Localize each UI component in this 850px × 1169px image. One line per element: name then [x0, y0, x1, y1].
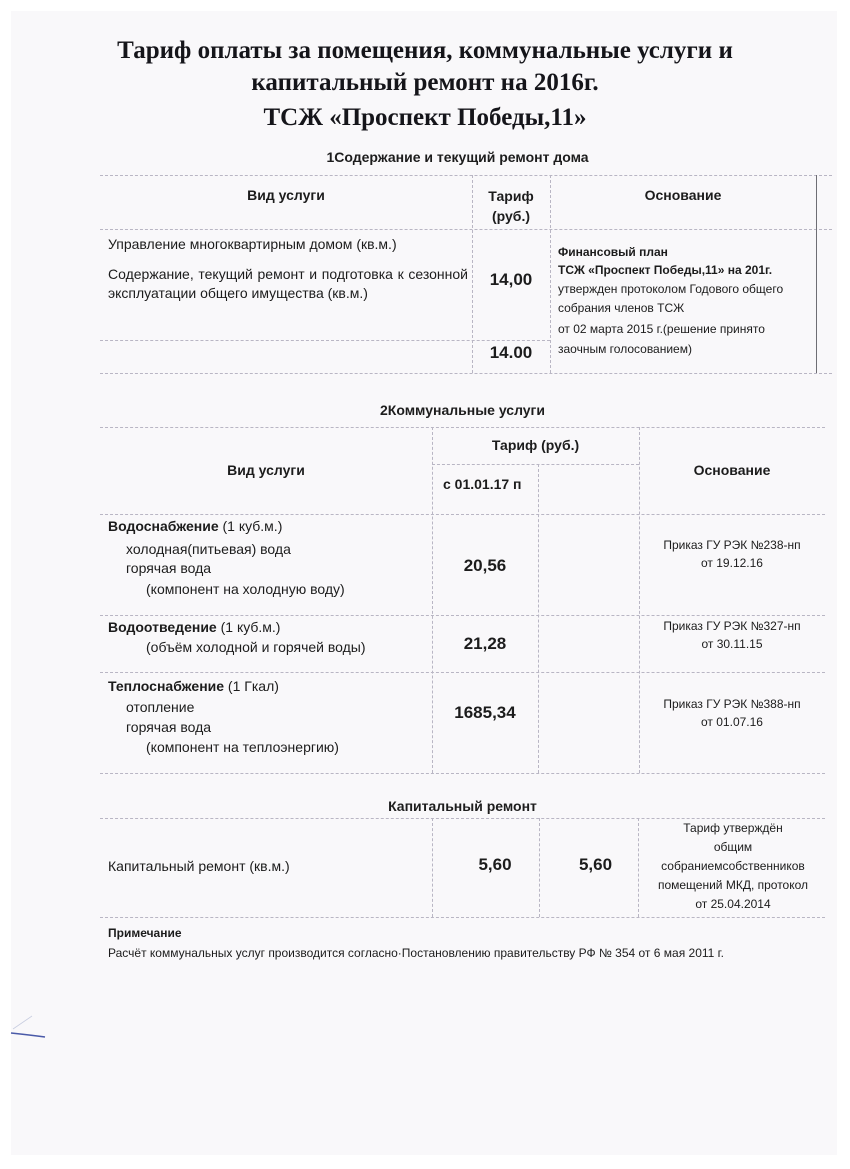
basis-line: общим	[638, 838, 828, 857]
service-name: Капитальный ремонт (кв.м.)	[108, 857, 428, 876]
column-header-tariff: Тариф (руб.)	[478, 186, 544, 226]
column-header-service: Вид услуги	[100, 186, 472, 205]
service-sub-item: (объём холодной и горячей воды)	[108, 638, 446, 657]
basis-line-1: Финансовый план	[558, 244, 813, 261]
tariff-value-2: 5,60	[545, 855, 646, 874]
basis-order: Приказ ГУ РЭК №327-нп	[639, 618, 825, 635]
document-title-line-3: ТСЖ «Проспект Победы,11»	[0, 103, 850, 133]
basis-line: собраниемсобственников	[638, 857, 828, 876]
table-border	[538, 464, 539, 773]
service-unit: (1 куб.м.)	[219, 518, 283, 534]
section-2-title: 2Коммунальные услуги	[100, 401, 825, 419]
basis-date: от 19.12.16	[639, 555, 825, 572]
service-sub-item: отопление	[108, 698, 426, 717]
service-sub-item: (компонент на холодную воду)	[108, 580, 446, 599]
basis-date: от 30.11.15	[639, 636, 825, 653]
tariff-value: 14,00	[472, 270, 550, 289]
table-border	[100, 672, 825, 673]
table-border	[100, 615, 825, 616]
column-header-tariff-from-date: с 01.01.17 п	[443, 475, 538, 494]
tariff-value: 1685,34	[432, 703, 538, 722]
column-header-tariff: Тариф (руб.)	[432, 436, 639, 455]
service-name: Водоснабжение	[108, 518, 219, 534]
table-border	[100, 917, 825, 918]
service-sub-item: горячая вода	[108, 718, 426, 737]
basis-line: Тариф утверждён	[638, 819, 828, 838]
basis-line-3: утвержден протоколом Годового общего соб…	[558, 280, 810, 318]
table-border	[100, 340, 550, 341]
table-border	[816, 175, 817, 373]
tariff-value: 5,60	[442, 855, 548, 874]
service-sub-item: (компонент на теплоэнергию)	[108, 738, 446, 757]
table-border	[100, 229, 832, 230]
table-border	[100, 175, 832, 176]
table-border	[100, 373, 832, 374]
service-management: Управление многоквартирным домом (кв.м.)	[108, 235, 468, 254]
basis-line: от 25.04.2014	[638, 895, 828, 914]
section-3-title: Капитальный ремонт	[100, 797, 825, 815]
basis-line-2: ТСЖ «Проспект Победы,11» на 201г.	[558, 262, 813, 279]
document-title-line-1: Тариф оплаты за помещения, коммунальные …	[0, 36, 850, 66]
service-unit: (1 куб.м.)	[217, 619, 281, 635]
document-title-line-2: капитальный ремонт на 2016г.	[0, 68, 850, 98]
column-header-basis: Основание	[639, 461, 825, 480]
service-name: Водоотведение	[108, 619, 217, 635]
note-title: Примечание	[108, 925, 508, 942]
basis-date: от 01.07.16	[639, 714, 825, 731]
basis-text: Тариф утверждён общим собраниемсобственн…	[638, 819, 828, 914]
column-header-basis: Основание	[550, 186, 816, 205]
basis-line: помещений МКД, протокол	[638, 876, 828, 895]
service-maintenance: Содержание, текущий ремонт и подготовка …	[108, 265, 468, 303]
basis-order: Приказ ГУ РЭК №388-нп	[639, 696, 825, 713]
service-unit: (1 Гкал)	[224, 678, 279, 694]
tariff-value: 21,28	[432, 634, 538, 653]
table-border	[432, 818, 433, 917]
tariff-total: 14.00	[472, 343, 550, 362]
table-border	[100, 773, 825, 774]
basis-order: Приказ ГУ РЭК №238-нп	[639, 537, 825, 554]
note-text: Расчёт коммунальных услуг производится с…	[108, 945, 828, 962]
table-border	[432, 464, 639, 465]
service-name: Теплоснабжение	[108, 678, 224, 694]
service-sub-item: горячая вода	[108, 559, 426, 578]
table-border	[100, 427, 825, 428]
pen-stroke-mark	[10, 1015, 50, 1045]
section-1-title: 1Содержание и текущий ремонт дома	[100, 148, 815, 166]
table-border	[100, 514, 825, 515]
service-sub-item: холодная(питьевая) вода	[108, 540, 426, 559]
basis-line-4: от 02 марта 2015 г.(решение принято заоч…	[558, 319, 810, 359]
column-header-service: Вид услуги	[100, 461, 432, 480]
tariff-value: 20,56	[432, 556, 538, 575]
